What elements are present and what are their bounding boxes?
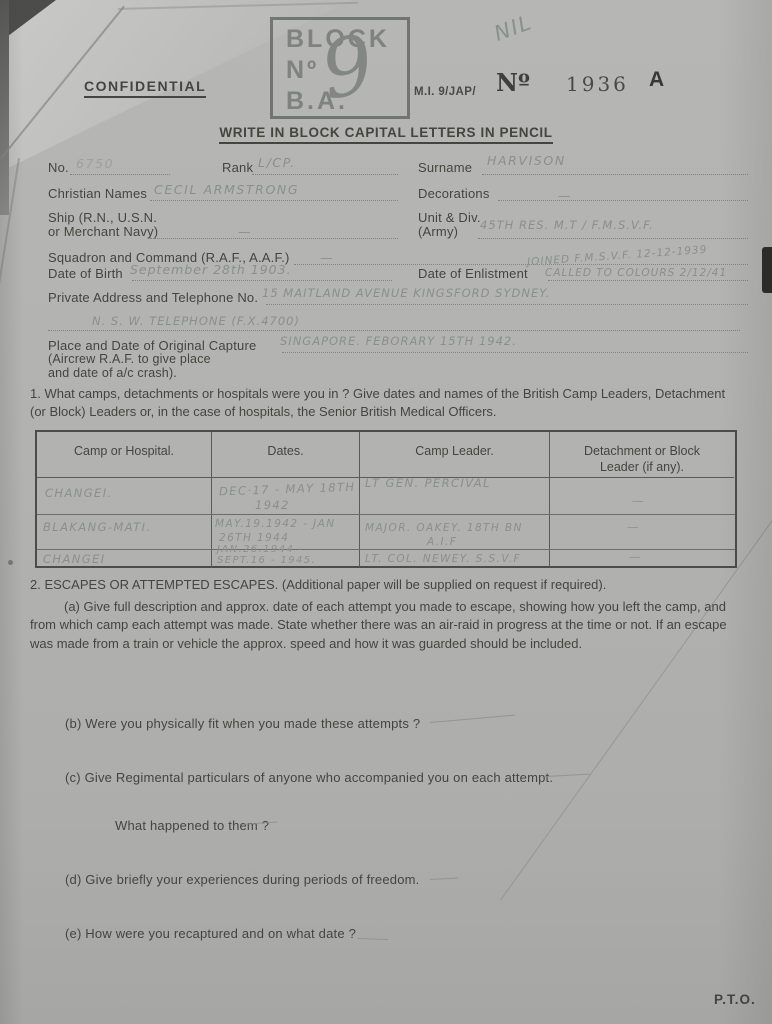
field-label-ship-line2: or Merchant Navy) [48, 224, 158, 239]
camp-row-dates2: 1942 [255, 498, 290, 512]
field-line-surname [482, 174, 748, 175]
field-label-ship-line1: Ship (R.N., U.S.N. [48, 210, 157, 225]
field-value-rank: L/CP. [258, 155, 296, 170]
field-line-no [70, 174, 170, 175]
camp-table-header-dates: Dates. [212, 432, 360, 478]
question-2c-followup-text: What happened to them ? [115, 818, 269, 833]
page-turn-over-label: P.T.O. [714, 992, 756, 1007]
question-2b-text: (b) Were you physically fit when you mad… [65, 716, 420, 731]
form-instruction-text: WRITE IN BLOCK CAPITAL LETTERS IN PENCIL [219, 125, 552, 144]
form-instruction-title: WRITE IN BLOCK CAPITAL LETTERS IN PENCIL [0, 124, 772, 144]
field-line-enlistment [548, 280, 748, 281]
pencil-dash-answer-b [430, 715, 515, 723]
camp-table: Camp or Hospital. Dates. Camp Leader. De… [35, 430, 737, 568]
field-line-ship [150, 238, 398, 239]
camp-row-leader2: A.I.F [427, 536, 457, 548]
field-line-date-of-birth [132, 280, 392, 281]
scanned-form-page: CONFIDENTIAL BLOCK Nº B.A. 9 M.I. 9/JAP/… [0, 0, 772, 1024]
field-value-ship: — [238, 224, 252, 239]
field-value-christian-names: CECIL ARMSTRONG [154, 182, 299, 197]
camp-row-leader: LT. COL. NEWEY. S.S.V.F [365, 553, 521, 565]
right-edge-mark [762, 247, 772, 293]
field-label-surname: Surname [418, 160, 472, 175]
handwritten-nil-note: NIL [491, 10, 535, 46]
reference-number: 1936 [566, 72, 629, 96]
field-note-capture-line2: and date of a/c crash). [48, 366, 177, 380]
field-line-address1 [266, 304, 748, 305]
field-line-squadron [294, 264, 748, 265]
camp-row-leader: MAJOR. OAKEY. 18TH BN [365, 522, 523, 534]
camp-row-camp: BLAKANG-MATI. [43, 520, 151, 534]
question-2-heading: 2. ESCAPES OR ATTEMPTED ESCAPES. (Additi… [30, 576, 744, 594]
field-line-rank [252, 174, 398, 175]
camp-table-header-detachment: Detachment or Block Leader (if any). [550, 432, 734, 478]
field-value-unit: 45TH RES. M.T / F.M.S.V.F. [480, 218, 654, 232]
camp-row-detachment: — [632, 494, 645, 508]
camp-row-leader: LT GEN. PERCIVAL [365, 476, 491, 490]
field-label-enlistment: Date of Enlistment [418, 266, 528, 281]
field-value-date-of-birth: September 28th 1903. [130, 262, 292, 277]
camp-row-detachment: — [627, 520, 640, 534]
camp-row-camp: CHANGEI [43, 552, 106, 566]
reference-suffix: A [649, 68, 664, 92]
pencil-dash-answer-e [358, 938, 388, 940]
field-label-address: Private Address and Telephone No. [48, 290, 258, 305]
field-label-unit-line2: (Army) [418, 224, 458, 239]
field-label-rank: Rank [222, 160, 253, 175]
camp-table-header-leader: Camp Leader. [360, 432, 550, 478]
field-label-date-of-birth: Date of Birth [48, 266, 123, 281]
camp-row-dates2: 26TH 1944 [219, 532, 289, 544]
camp-row-detachment: — [629, 550, 642, 564]
camp-row-dates: MAY.19.1942 - JAN [215, 518, 335, 530]
field-label-unit-line1: Unit & Div. [418, 210, 481, 225]
field-line-capture [282, 352, 748, 353]
left-edge-shadow [0, 0, 9, 215]
question-2a-text: (a) Give full description and approx. da… [30, 598, 744, 653]
question-2d-text: (d) Give briefly your experiences during… [65, 872, 420, 887]
reference-no-symbol: Nº [496, 68, 530, 97]
field-note-capture-line1: (Aircrew R.A.F. to give place [48, 352, 211, 366]
field-value-surname: HARVISON [487, 153, 566, 168]
field-line-address2 [48, 330, 740, 331]
camp-row-camp: CHANGEI. [45, 486, 113, 500]
question-1-text: 1. What camps, detachments or hospitals … [30, 385, 742, 422]
field-line-christian-names [150, 200, 398, 201]
field-line-unit [478, 238, 748, 239]
question-2e-text: (e) How were you recaptured and on what … [65, 926, 356, 941]
field-line-decorations [498, 200, 748, 201]
field-label-no: No. [48, 160, 69, 175]
camp-table-header-camp: Camp or Hospital. [37, 432, 212, 478]
field-value-address-line2: N. S. W. TELEPHONE (F.X.4700) [92, 314, 300, 328]
ink-smudge [8, 560, 13, 565]
confidential-marking: CONFIDENTIAL [84, 78, 206, 98]
field-value-capture: SINGAPORE. FEBORARY 15TH 1942. [280, 334, 517, 348]
pencil-dash-answer-d [430, 878, 458, 880]
field-label-capture: Place and Date of Original Capture [48, 338, 256, 353]
field-label-christian-names: Christian Names [48, 186, 147, 201]
field-value-address-line1: 15 MAITLAND AVENUE KINGSFORD SYDNEY. [262, 286, 550, 300]
field-value-enlistment: CALLED TO COLOURS 2/12/41 [545, 267, 727, 279]
field-value-squadron: — [320, 250, 334, 265]
field-label-decorations: Decorations [418, 186, 490, 201]
reference-prefix: M.I. 9/JAP/ [414, 86, 476, 98]
camp-table-row-divider [37, 514, 735, 515]
field-value-no: 6750 [76, 156, 114, 171]
camp-row-dates: JAN.26.1944 - [217, 544, 304, 555]
question-2c-text: (c) Give Regimental particulars of anyon… [65, 770, 553, 785]
field-value-decorations: — [558, 188, 572, 203]
camp-row-dates2: SEPT.16 - 1945. [217, 555, 316, 566]
